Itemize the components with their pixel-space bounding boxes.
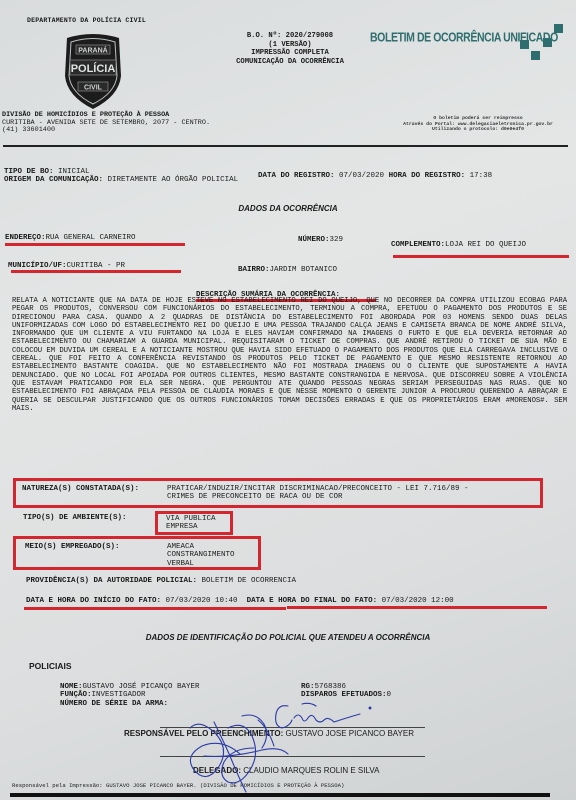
registro-data-hora: DATA DO REGISTRO: 07/03/2020 HORA DO REG… bbox=[258, 172, 492, 180]
numero: NÚMERO:329 bbox=[298, 236, 343, 244]
providencia: PROVIDÊNCIA(S) DA AUTORIDADE POLICIAL: B… bbox=[26, 577, 296, 585]
bairro-value: JARDIM BOTANICO bbox=[270, 266, 338, 274]
rg-value: 5768386 bbox=[315, 683, 347, 691]
rg-label: RG: bbox=[301, 683, 315, 691]
svg-text:PARANÁ: PARANÁ bbox=[78, 46, 107, 55]
bo-number: B.O. Nº: 2020/279008 bbox=[215, 32, 365, 41]
impressao-label: Responsável pela Impressão: bbox=[12, 782, 103, 789]
svg-text:CIVIL: CIVIL bbox=[84, 85, 103, 92]
numero-label: NÚMERO: bbox=[298, 236, 330, 244]
reprint-note: O boletim poderá ser reimpresso Através … bbox=[378, 116, 576, 133]
brand-squares-icon bbox=[520, 22, 570, 62]
highlight-underline bbox=[5, 243, 185, 246]
shield-icon: PARANÁ POLÍCIA CIVIL bbox=[63, 32, 123, 110]
arma-label: NÚMERO DE SÉRIE DA ARMA: bbox=[60, 700, 168, 708]
meio-value: AMEACA bbox=[167, 543, 235, 551]
municipio-value: CURITIBA - PR bbox=[67, 262, 126, 270]
bo-version: (1 VERSÃO) bbox=[215, 41, 365, 50]
complemento: COMPLEMENTO:LOJA REI DO QUEIJO bbox=[391, 241, 526, 249]
tipo-bo-label: TIPO DE BO: bbox=[4, 168, 54, 176]
funcao-label: FUNÇÃO: bbox=[60, 691, 92, 699]
data-registro-label: DATA DO REGISTRO: bbox=[258, 172, 335, 180]
final-fato-label: DATA E HORA DO FINAL DO FATO: bbox=[247, 597, 378, 605]
descricao-text: RELATA A NOTICIANTE QUE NA DATA DE HOJE … bbox=[12, 297, 567, 413]
section-title-ocorrencia: DADOS DA OCORRÊNCIA bbox=[0, 204, 576, 213]
svg-text:POLÍCIA: POLÍCIA bbox=[71, 62, 116, 75]
ambiente-label: TIPO(S) DE AMBIENTE(S): bbox=[23, 514, 127, 522]
meio-label: MEIO(S) EMPREGADO(S): bbox=[25, 543, 120, 551]
division-block: DIVISÃO DE HOMICÍDIOS E PROTEÇÃO À PESSO… bbox=[2, 112, 210, 135]
municipio-label: MUNICÍPIO/UF: bbox=[8, 262, 67, 270]
highlight-underline bbox=[287, 606, 547, 609]
nome-value: GUSTAVO JOSÉ PICANÇO BAYER bbox=[83, 683, 200, 691]
print-type: IMPRESSÃO COMPLETA bbox=[215, 49, 365, 58]
providencia-value: BOLETIM DE OCORRENCIA bbox=[202, 577, 297, 585]
tipo-bo-value: INICIAL bbox=[58, 168, 90, 176]
meio-values: AMEACA CONSTRANGIMENTO VERBAL bbox=[167, 543, 235, 568]
policiais-heading: POLICIAIS bbox=[29, 661, 72, 671]
origem-label: ORIGEM DA COMUNICAÇÃO: bbox=[4, 176, 103, 184]
meio-value: VERBAL bbox=[167, 560, 235, 568]
highlight-underline bbox=[393, 255, 569, 258]
providencia-label: PROVIDÊNCIA(S) DA AUTORIDADE POLICIAL: bbox=[26, 577, 197, 585]
division-phone: (41) 33601400 bbox=[2, 127, 210, 135]
police-badge-logo: PARANÁ POLÍCIA CIVIL bbox=[63, 32, 123, 110]
endereco-value: RUA GENERAL CARNEIRO bbox=[46, 234, 136, 242]
natureza-line: CRIMES DE PRECONCEITO DE RACA OU DE COR bbox=[167, 493, 469, 501]
document-type: COMUNICAÇÃO DA OCORRÊNCIA bbox=[215, 58, 365, 67]
department-name: DEPARTAMENTO DA POLÍCIA CIVIL bbox=[27, 17, 146, 24]
inicio-fato-value: 07/03/2020 10:40 bbox=[166, 597, 238, 605]
natureza-values: PRATICAR/INDUZIR/INCITAR DISCRIMINACAO/P… bbox=[167, 485, 469, 502]
ambiente-value: EMPRESA bbox=[166, 523, 216, 531]
natureza-line: PRATICAR/INDUZIR/INCITAR DISCRIMINACAO/P… bbox=[167, 485, 469, 493]
bairro: BAIRRO:JARDIM BOTANICO bbox=[238, 266, 337, 274]
handwritten-signature-icon bbox=[170, 698, 390, 800]
ambiente-values: VIA PUBLICA EMPRESA bbox=[166, 515, 216, 532]
header-divider bbox=[3, 145, 568, 147]
meio-value: CONSTRANGIMENTO bbox=[167, 551, 235, 559]
data-hora-fato: DATA E HORA DO INÍCIO DO FATO: 07/03/202… bbox=[26, 597, 454, 605]
data-registro-value: 07/03/2020 bbox=[339, 172, 384, 180]
hora-registro-label: HORA DO REGISTRO: bbox=[389, 172, 466, 180]
natureza-label: NATUREZA(S) CONSTATADA(S): bbox=[22, 485, 139, 493]
final-fato-value: 07/03/2020 12:00 bbox=[382, 597, 454, 605]
origem-value: DIRETAMENTE AO ÓRGÃO POLICIAL bbox=[108, 176, 239, 184]
highlight-underline bbox=[24, 607, 286, 610]
complemento-label: COMPLEMENTO: bbox=[391, 241, 445, 249]
inicio-fato-label: DATA E HORA DO INÍCIO DO FATO: bbox=[26, 597, 161, 605]
funcao-value: INVESTIGADOR bbox=[92, 691, 146, 699]
endereco-label: ENDEREÇO: bbox=[5, 234, 46, 242]
policial-rg: RG:5768386 bbox=[301, 683, 391, 691]
complemento-value: LOJA REI DO QUEIJO bbox=[445, 241, 526, 249]
origem-comunicacao: ORIGEM DA COMUNICAÇÃO: DIRETAMENTE AO ÓR… bbox=[4, 176, 238, 184]
section-title-policial: DADOS DE IDENTIFICAÇÃO DO POLICIAL QUE A… bbox=[0, 633, 576, 642]
reprint-protocol: Utilizando o protocolo: d0e0e4f0 bbox=[378, 127, 576, 133]
hora-registro-value: 17:38 bbox=[470, 172, 493, 180]
nome-label: NOME: bbox=[60, 683, 83, 691]
bairro-label: BAIRRO: bbox=[238, 266, 270, 274]
bo-header: B.O. Nº: 2020/279008 (1 VERSÃO) IMPRESSÃ… bbox=[215, 32, 365, 66]
numero-value: 329 bbox=[330, 236, 344, 244]
highlight-underline bbox=[11, 270, 181, 273]
ambiente-value: VIA PUBLICA bbox=[166, 515, 216, 523]
endereco: ENDEREÇO:RUA GENERAL CARNEIRO bbox=[5, 234, 136, 242]
